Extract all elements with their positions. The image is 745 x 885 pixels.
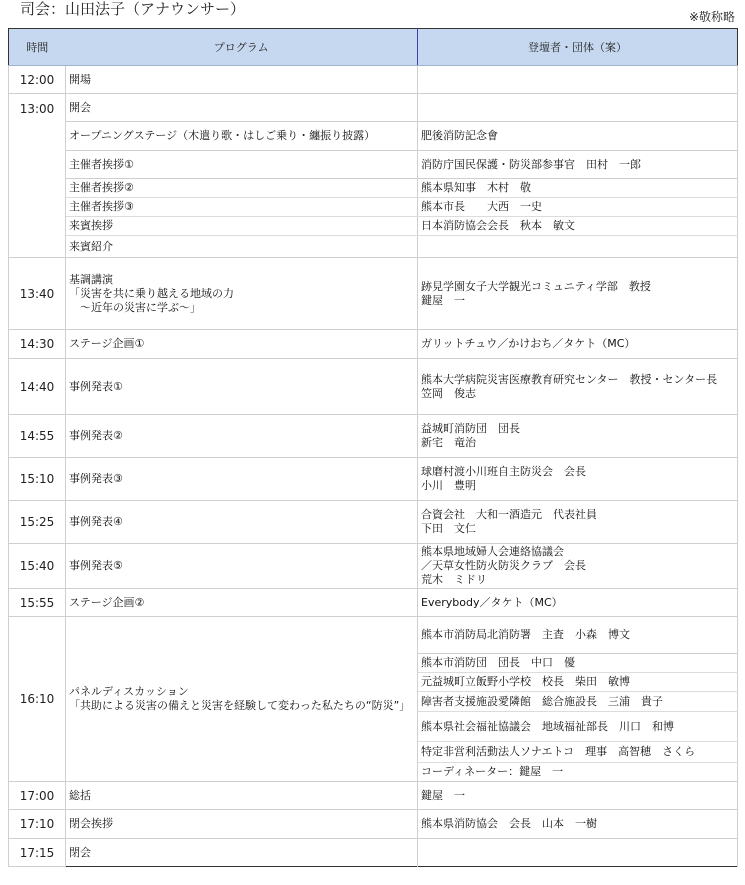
- speaker-cell: ガリットチュウ／かけおち／タケト（MC）: [418, 330, 738, 359]
- header-speaker: 登壇者・団体（案）: [418, 29, 738, 66]
- time-cell: 14:40: [9, 359, 66, 415]
- header-program: プログラム: [66, 29, 418, 66]
- program-cell: 閉会: [66, 839, 418, 867]
- table-row: 17:15 閉会: [9, 839, 738, 867]
- table-row: 来賓紹介: [9, 236, 738, 258]
- table-row: 17:00 総括 鍵屋 一: [9, 782, 738, 810]
- table-row: 14:30 ステージ企画① ガリットチュウ／かけおち／タケト（MC）: [9, 330, 738, 359]
- speaker-cell: 熊本県知事 木村 敬: [418, 179, 738, 198]
- table-row: 主催者挨拶② 熊本県知事 木村 敬: [9, 179, 738, 198]
- table-row: 14:55 事例発表② 益城町消防団 団長 新宅 竜治: [9, 415, 738, 458]
- table-row: 13:40 基調講演 「災害を共に乗り越える地域の力 ～近年の災害に学ぶ～」 跡…: [9, 258, 738, 330]
- program-cell: 主催者挨拶①: [66, 151, 418, 179]
- speaker-cell: 熊本市長 大西 一史: [418, 198, 738, 217]
- program-cell: 事例発表④: [66, 501, 418, 544]
- speaker-cell: 熊本県消防協会 会長 山本 一樹: [418, 810, 738, 839]
- time-cell: 15:55: [9, 589, 66, 617]
- speaker-cell: 元益城町立飯野小学校 校長 柴田 敏博: [418, 673, 738, 692]
- table-row: 14:40 事例発表① 熊本大学病院災害医療教育研究センター 教授・センター長 …: [9, 359, 738, 415]
- header-time: 時間: [9, 29, 66, 66]
- table-row: 12:00 開場: [9, 66, 738, 94]
- speaker-cell: 球磨村渡小川班自主防災会 会長 小川 豊明: [418, 458, 738, 501]
- time-cell: 14:55: [9, 415, 66, 458]
- speaker-cell: 熊本大学病院災害医療教育研究センター 教授・センター長 笠岡 俊志: [418, 359, 738, 415]
- program-cell: ステージ企画①: [66, 330, 418, 359]
- speaker-cell: 合資会社 大和一酒造元 代表社員 下田 文仁: [418, 501, 738, 544]
- program-cell: 主催者挨拶②: [66, 179, 418, 198]
- program-cell: ステージ企画②: [66, 589, 418, 617]
- table-row: 17:10 閉会挨拶 熊本県消防協会 会長 山本 一樹: [9, 810, 738, 839]
- table-row: 15:55 ステージ企画② Everybody／タケト（MC）: [9, 589, 738, 617]
- speaker-cell: 消防庁国民保護・防災部参事官 田村 一郎: [418, 151, 738, 179]
- speaker-cell: [418, 94, 738, 122]
- time-cell: 13:00: [9, 94, 66, 258]
- time-cell: 16:10: [9, 617, 66, 782]
- program-cell: 閉会挨拶: [66, 810, 418, 839]
- time-cell: 15:40: [9, 544, 66, 589]
- program-cell: 事例発表②: [66, 415, 418, 458]
- speaker-cell: 肥後消防記念會: [418, 122, 738, 151]
- program-cell: 基調講演 「災害を共に乗り越える地域の力 ～近年の災害に学ぶ～」: [66, 258, 418, 330]
- speaker-cell: [418, 839, 738, 867]
- table-header-row: 時間 プログラム 登壇者・団体（案）: [9, 29, 738, 66]
- speaker-cell: 鍵屋 一: [418, 782, 738, 810]
- speaker-cell: 熊本県社会福祉協議会 地域福祉部長 川口 和博: [418, 712, 738, 742]
- speaker-cell: 日本消防協会会長 秋本 敏文: [418, 217, 738, 236]
- mc-label: 司会：山田法子（アナウンサー）: [20, 0, 245, 19]
- program-cell: 事例発表①: [66, 359, 418, 415]
- speaker-cell: 特定非営利活動法人ソナエトコ 理事 高智穂 さくら: [418, 742, 738, 763]
- program-cell: 来賓紹介: [66, 236, 418, 258]
- speaker-cell: 熊本市消防団 団長 中口 優: [418, 654, 738, 673]
- program-table: 時間 プログラム 登壇者・団体（案） 12:00 開場 13:00 開会 オープ…: [8, 28, 738, 867]
- speaker-cell: Everybody／タケト（MC）: [418, 589, 738, 617]
- time-cell: 12:00: [9, 66, 66, 94]
- program-cell: 事例発表③: [66, 458, 418, 501]
- speaker-cell: 跡見学園女子大学観光コミュニティ学部 教授 鍵屋 一: [418, 258, 738, 330]
- table-row: 15:10 事例発表③ 球磨村渡小川班自主防災会 会長 小川 豊明: [9, 458, 738, 501]
- time-cell: 14:30: [9, 330, 66, 359]
- table-row: 来賓挨拶 日本消防協会会長 秋本 敏文: [9, 217, 738, 236]
- time-cell: 17:15: [9, 839, 66, 867]
- program-cell: 事例発表⑤: [66, 544, 418, 589]
- program-cell: オープニングステージ（木遣り歌・はしご乗り・纏振り披露）: [66, 122, 418, 151]
- program-cell: 総括: [66, 782, 418, 810]
- program-cell: 来賓挨拶: [66, 217, 418, 236]
- table-row: オープニングステージ（木遣り歌・はしご乗り・纏振り披露） 肥後消防記念會: [9, 122, 738, 151]
- time-cell: 13:40: [9, 258, 66, 330]
- program-cell: 開会: [66, 94, 418, 122]
- table-row: 15:25 事例発表④ 合資会社 大和一酒造元 代表社員 下田 文仁: [9, 501, 738, 544]
- speaker-cell: 熊本県地域婦人会連絡協議会 ／天草女性防火防災クラブ 会長 荒木 ミドリ: [418, 544, 738, 589]
- speaker-cell: コーディネーター：鍵屋 一: [418, 763, 738, 782]
- table-row: 主催者挨拶① 消防庁国民保護・防災部参事官 田村 一郎: [9, 151, 738, 179]
- time-cell: 15:10: [9, 458, 66, 501]
- speaker-cell: [418, 66, 738, 94]
- speaker-cell: 熊本市消防局北消防署 主査 小森 博文: [418, 617, 738, 654]
- speaker-cell: [418, 236, 738, 258]
- program-cell: 主催者挨拶③: [66, 198, 418, 217]
- time-cell: 15:25: [9, 501, 66, 544]
- program-cell: パネルディスカッション 「共助による災害の備えと災害を経験して変わった私たちの“…: [66, 617, 418, 782]
- time-cell: 17:10: [9, 810, 66, 839]
- table-row: 13:00 開会: [9, 94, 738, 122]
- table-row: 16:10 パネルディスカッション 「共助による災害の備えと災害を経験して変わっ…: [9, 617, 738, 654]
- program-cell: 開場: [66, 66, 418, 94]
- honorific-note: ※敬称略: [689, 8, 735, 25]
- table-row: 主催者挨拶③ 熊本市長 大西 一史: [9, 198, 738, 217]
- speaker-cell: 障害者支援施設愛隣館 総合施設長 三浦 貴子: [418, 692, 738, 712]
- time-cell: 17:00: [9, 782, 66, 810]
- speaker-cell: 益城町消防団 団長 新宅 竜治: [418, 415, 738, 458]
- table-row: 15:40 事例発表⑤ 熊本県地域婦人会連絡協議会 ／天草女性防火防災クラブ 会…: [9, 544, 738, 589]
